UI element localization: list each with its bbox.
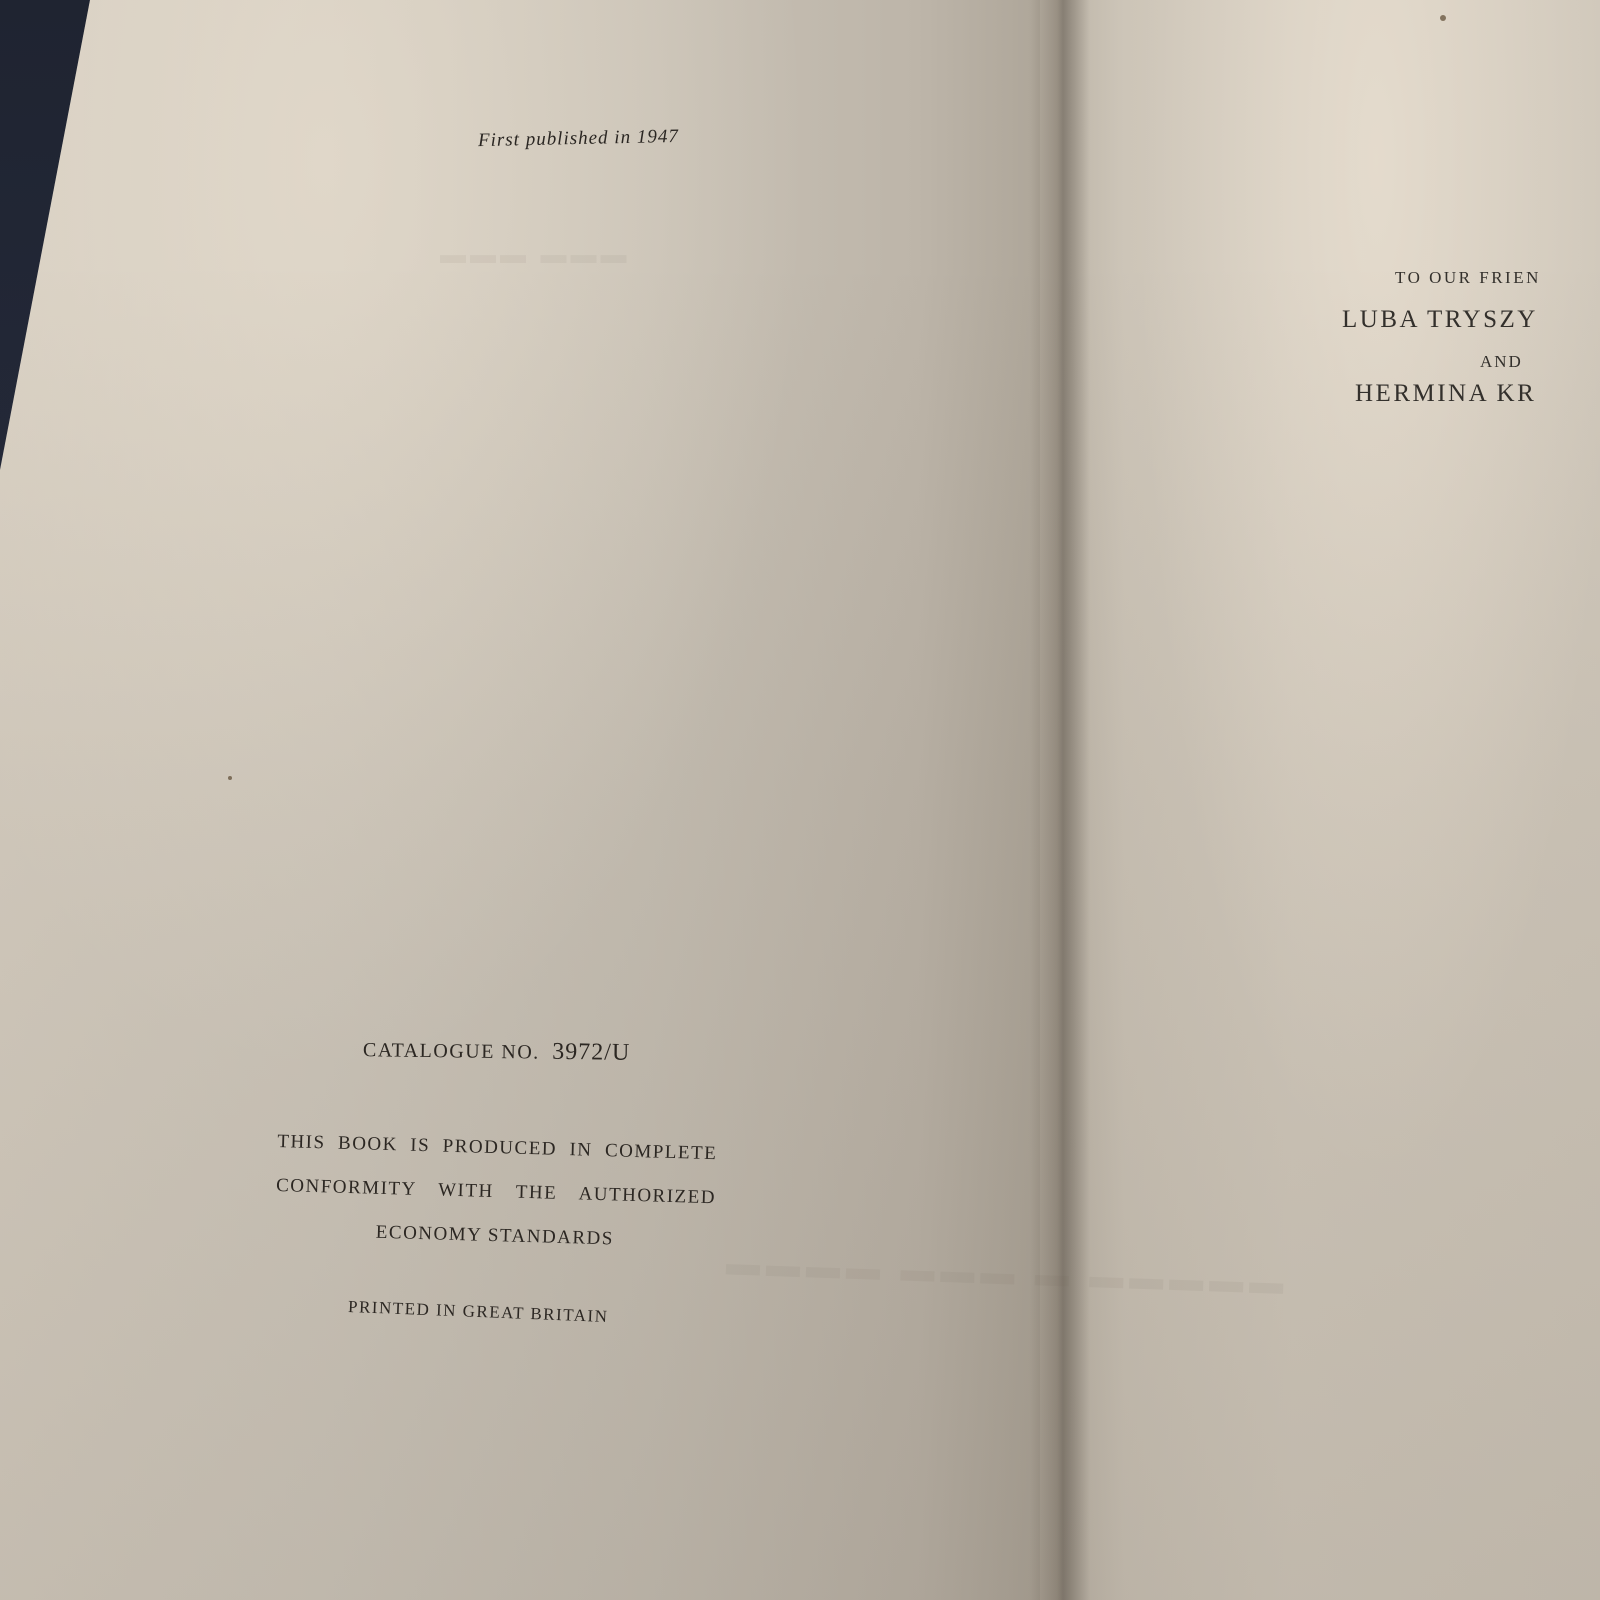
- first-published-line: First published in 1947: [478, 126, 679, 152]
- dedication-intro: TO OUR FRIEN: [1395, 268, 1541, 288]
- economy-standards-notice: THIS BOOK IS PRODUCED IN COMPLETE CONFOR…: [274, 1120, 718, 1264]
- catalogue-line: CATALOGUE NO. 3972/U: [363, 1036, 631, 1067]
- right-page: [1040, 0, 1600, 1600]
- dedication-conjunction: AND: [1480, 352, 1523, 372]
- dedicatee-name-1: LUBA TRYSZY: [1342, 306, 1538, 334]
- paper-speck: [228, 776, 232, 780]
- show-through-text: ▬▬▬ ▬▬▬: [440, 240, 631, 270]
- catalogue-number: 3972/U: [552, 1039, 630, 1066]
- book-photo: ▬▬▬ ▬▬▬ ▬▬▬▬▬ ▬ ▬▬▬ ▬▬▬▬ First published…: [0, 0, 1600, 1600]
- catalogue-label: CATALOGUE NO.: [363, 1039, 540, 1063]
- paper-speck: [1440, 15, 1446, 21]
- book-gutter: [1030, 0, 1090, 1600]
- dedicatee-name-2: HERMINA KR: [1355, 380, 1536, 408]
